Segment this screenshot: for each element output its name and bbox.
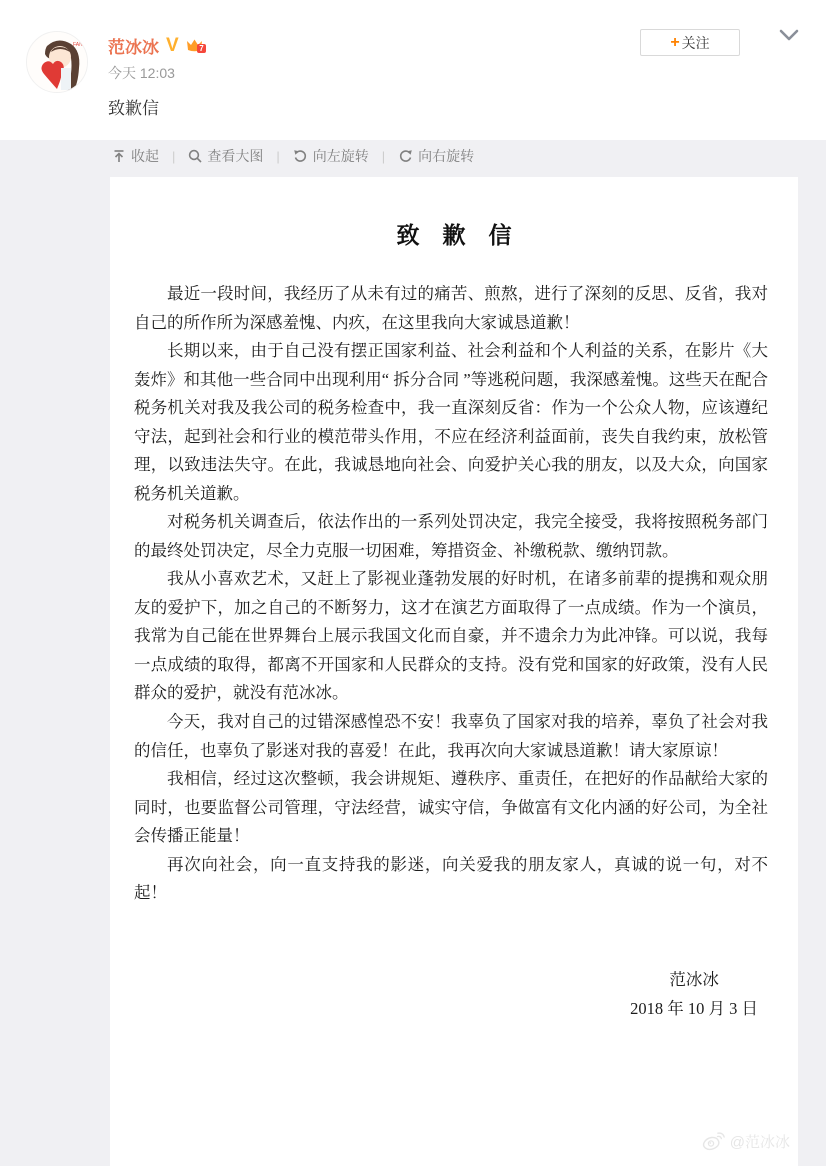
image-viewer-area: 收起 | 查看大图 | [0,140,826,1166]
watermark: @范冰冰 [702,1131,790,1152]
letter-signature: 范冰冰 [669,966,719,995]
letter-paragraph: 对税务机关调查后，依法作出的一系列处罚决定，我完全接受，我将按照税务部门的最终处… [134,508,768,565]
view-large-button[interactable]: 查看大图 [188,146,263,166]
svg-text:7: 7 [199,44,204,53]
author-row: 范冰冰 V 7 [108,33,207,57]
avatar-cartoon-image: FAN [27,32,88,93]
collapse-label: 收起 [131,146,159,166]
letter-date: 2018 年 10 月 3 日 [630,995,758,1024]
magnifier-icon [188,149,202,163]
vip-crown-icon: 7 [185,37,207,54]
view-large-label: 查看大图 [207,146,263,166]
post-timestamp[interactable]: 今天 12:03 [108,63,175,83]
svg-text:FAN: FAN [73,42,83,48]
toolbar-separator: | [382,149,385,164]
avatar[interactable]: FAN [26,31,88,93]
letter-paragraph: 长期以来，由于自己没有摆正国家利益、社会利益和个人利益的关系，在影片《大轰炸》和… [134,337,768,508]
letter-body: 最近一段时间，我经历了从未有过的痛苦、煎熬，进行了深刻的反思、反省，我对自己的所… [110,280,798,908]
rotate-right-icon [398,149,413,163]
chevron-down-icon[interactable] [778,26,800,44]
follow-button[interactable]: + 关注 [640,29,740,56]
rotate-left-button[interactable]: 向左旋转 [293,146,369,166]
collapse-button[interactable]: 收起 [112,146,159,166]
rotate-left-label: 向左旋转 [313,146,369,166]
author-name[interactable]: 范冰冰 [108,33,159,58]
collapse-arrow-icon [112,149,126,163]
letter-image[interactable]: 致 歉 信 最近一段时间，我经历了从未有过的痛苦、煎熬，进行了深刻的反思、反省，… [110,177,798,1166]
follow-button-label: 关注 [682,33,710,53]
toolbar-separator: | [276,149,279,164]
image-toolbar: 收起 | 查看大图 | [112,146,474,166]
letter-title: 致 歉 信 [110,217,798,250]
letter-paragraph: 再次向社会，向一直支持我的影迷，向关爱我的朋友家人，真诚的说一句，对不起！ [134,851,768,908]
letter-paragraph: 我从小喜欢艺术，又赶上了影视业蓬勃发展的好时机，在诸多前辈的提携和观众朋友的爱护… [134,565,768,708]
rotate-left-icon [293,149,308,163]
weibo-logo-icon [702,1132,726,1151]
post-text: 致歉信 [108,94,159,119]
plus-icon: + [670,35,679,51]
weibo-post: FAN 范冰冰 V 7 今天 12:03 致歉信 + 关注 [0,0,826,1166]
rotate-right-button[interactable]: 向右旋转 [398,146,474,166]
watermark-text: @范冰冰 [730,1131,790,1152]
letter-paragraph: 我相信，经过这次整顿，我会讲规矩、遵秩序、重责任，在把好的作品献给大家的同时，也… [134,765,768,851]
letter-paragraph: 最近一段时间，我经历了从未有过的痛苦、煎熬，进行了深刻的反思、反省，我对自己的所… [134,280,768,337]
letter-signature-block: 范冰冰 2018 年 10 月 3 日 [630,966,758,1024]
post-header: FAN 范冰冰 V 7 今天 12:03 致歉信 + 关注 [0,0,826,140]
letter-paragraph: 今天，我对自己的过错深感惶恐不安！我辜负了国家对我的培养，辜负了社会对我的信任，… [134,708,768,765]
rotate-right-label: 向右旋转 [418,146,474,166]
verified-v-icon: V [166,36,178,55]
toolbar-separator: | [172,149,175,164]
